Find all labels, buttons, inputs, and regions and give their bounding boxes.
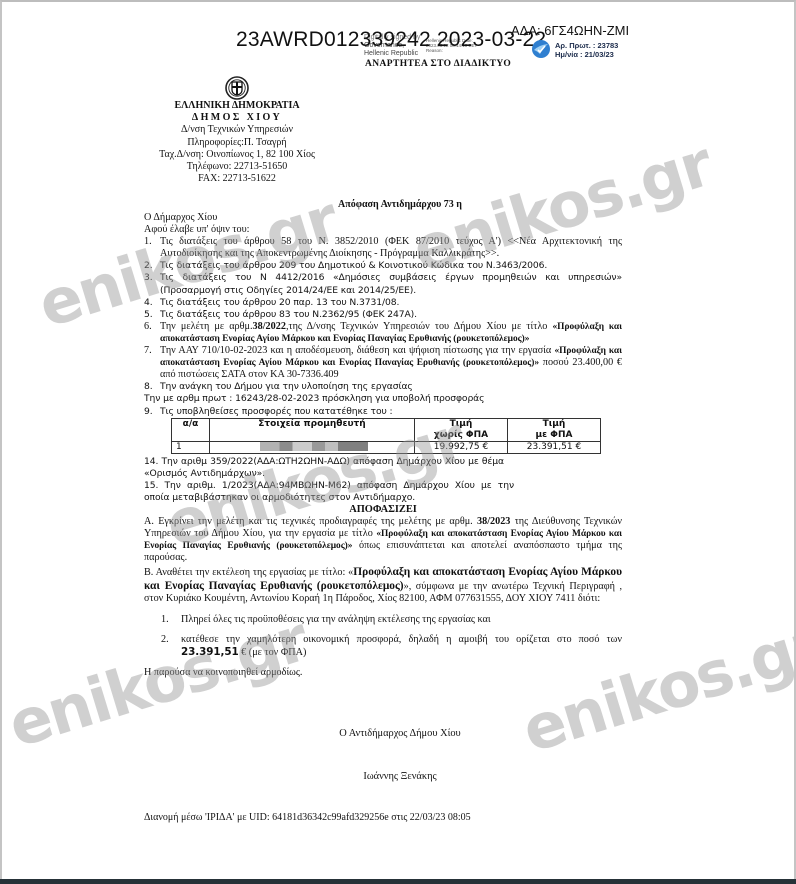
signer-name: Ιωάννης Ξενάκης [2, 771, 796, 782]
item-number: 5. [144, 309, 153, 321]
protocol-info: Αρ. Πρωτ. : 23783 Ημ/νία : 21/03/23 [555, 41, 618, 59]
item-text: κατέθεσε την χαμηλότερη οικονομική προσφ… [181, 634, 622, 645]
item-number: 1. [161, 614, 169, 626]
intro-line: Αφού έλαβε υπ' όψιν του: [144, 224, 622, 236]
postal-address: Ταχ.Δ/νση: Οινοπίωνος 1, 82 100 Χίος [152, 149, 322, 161]
diavgeia-code: 23AWRD012339242 2023-03-22 [236, 28, 546, 52]
consideration-item: 6.Την μελέτη με αρθμ.38/2022,της Δ/νσης … [144, 321, 622, 345]
letterhead: ΕΛΛΗΝΙΚΗ ΔΗΜΟΚΡΑΤΙΑ ΔΗΜΟΣ ΧΙΟΥ Δ/νση Τεχ… [172, 100, 302, 185]
item-text: Τις διατάξεις του άρθρου 20 παρ. 13 του … [160, 297, 399, 308]
consideration-item: 5. Τις διατάξεις του άρθρου 83 του Ν.236… [144, 309, 622, 321]
reason-item: 1.Πληρεί όλες τις προϋποθέσεις για την α… [144, 614, 622, 626]
document-page: Digitally signed by Governance, Hellenic… [0, 0, 796, 879]
consideration-item: 9.Τις υποβληθείσες προσφορές που κατατέθ… [144, 406, 622, 418]
protocol-logo-icon [531, 39, 551, 59]
column-header: α/α [172, 418, 210, 441]
row-number: 1 [172, 441, 210, 453]
document-title: Απόφαση Αντιδημάρχου 73 η [2, 199, 796, 210]
invitation-line: Την με αρθμ πρωτ : 16243/28-02-2023 πρόσ… [144, 393, 622, 405]
item-number: 4. [144, 297, 153, 309]
consideration-item: 2.Τις διατάξεις του άρθρου 209 του Δημοτ… [144, 260, 622, 272]
distribution-line: Διανομή μέσω 'ΙΡΙΔΑ' με UID: 64181d36342… [144, 812, 471, 823]
item-number: 9. [144, 406, 153, 418]
consideration-item: 3.Τις διατάξεις του Ν 4412/2016 «Δημόσιε… [144, 272, 622, 296]
consideration-item: 1.Τις διατάξεις του άρθρου 58 του Ν. 385… [144, 236, 622, 260]
consideration-item: 7.Την ΑΑΥ 710/10-02-2023 και η αποδέσμευ… [144, 345, 622, 381]
item-number: 2. [144, 260, 153, 272]
item-text: Τις διατάξεις του άρθρου 209 του Δημοτικ… [160, 260, 547, 271]
item-text: ,της Δ/νσης Τεχνικών Υπηρεσιών του Δήμου… [286, 321, 553, 332]
item-text: Τις υποβληθείσες προσφορές που κατατέθηκ… [160, 406, 393, 417]
section-b: Β. Αναθέτει την εκτέλεση της εργασίας με… [144, 566, 622, 604]
posting-note: ΑΝΑΡΤΗΤΕΑ ΣΤΟ ΔΙΑΔΙΚΤΥΟ [365, 59, 511, 69]
item-text: Την μελέτη με αρθμ. [160, 321, 253, 332]
reason-item: 2.κατέθεσε την χαμηλότερη οικονομική προ… [144, 634, 622, 659]
column-header: Τιμή χωρίς ΦΠΑ [415, 418, 508, 441]
item-number: 3. [144, 272, 153, 284]
amount: 23.391,51 [181, 646, 239, 658]
intro-line: Ο Δήμαρχος Χίου [144, 212, 622, 224]
item-text: € (με τον ΦΠΑ) [239, 647, 307, 658]
item-number: 8. [144, 381, 153, 393]
section-a: Α. Εγκρίνει την μελέτη και τις τεχνικές … [144, 516, 622, 564]
consideration-item: 15. Την αριθμ. 1/2023(ΑΔΑ:94ΜΒΩΗΝ-Μ62) α… [144, 480, 514, 504]
consideration-item: 14. Την αριθμ 359/2022(ΑΔΑ:ΩΤΗ2ΩΗΝ-ΑΔΩ) … [144, 456, 504, 480]
item-text: Την ανάγκη του Δήμου για την υλοποίηση τ… [160, 381, 413, 392]
phone: Τηλέφωνο: 22713-51650 [172, 161, 302, 173]
table-row: 1 19.992,75 € 23.391,51 € [172, 441, 601, 453]
column-header: Τιμή με ΦΠΑ [508, 418, 601, 441]
column-header: Στοιχεία προμηθευτή [210, 418, 415, 441]
notify-line: Η παρούσα να κοινοποιηθεί αρμοδίως. [144, 667, 622, 679]
municipality-name: ΔΗΜΟΣ ΧΙΟΥ [172, 112, 302, 124]
fax: FAX: 22713-51622 [172, 173, 302, 185]
study-number: 38/2023 [477, 516, 510, 527]
item-number: 7. [144, 345, 152, 357]
department: Δ/νση Τεχνικών Υπηρεσιών [172, 124, 302, 136]
item-number: 6. [144, 321, 152, 333]
consideration-item: 4. Τις διατάξεις του άρθρου 20 παρ. 13 τ… [144, 297, 622, 309]
decides-heading: ΑΠΟΦΑΣΙΖΕΙ [144, 504, 622, 516]
consideration-item: 8.Την ανάγκη του Δήμου για την υλοποίηση… [144, 381, 622, 393]
info-contact: Πληροφορίες:Π. Τσαγρή [172, 137, 302, 149]
item-number: 2. [161, 634, 169, 646]
study-number: 38/2022 [253, 321, 286, 332]
table-header-row: α/α Στοιχεία προμηθευτή Τιμή χωρίς ΦΠΑ Τ… [172, 418, 601, 441]
section-text: Β. Αναθέτει την εκτέλεση της εργασίας με… [144, 567, 353, 578]
offers-table: α/α Στοιχεία προμηθευτή Τιμή χωρίς ΦΠΑ Τ… [171, 418, 601, 454]
document-body: Ο Δήμαρχος Χίου Αφού έλαβε υπ' όψιν του:… [144, 212, 622, 679]
greek-emblem-icon [225, 76, 249, 100]
item-text: Τις διατάξεις του άρθρου 58 του Ν. 3852/… [160, 236, 622, 259]
bottom-bar [0, 879, 796, 884]
item-text: Πληρεί όλες τις προϋποθέσεις για την ανά… [181, 614, 491, 625]
protocol-number: Αρ. Πρωτ. : 23783 [555, 41, 618, 50]
net-price: 19.992,75 € [415, 441, 508, 453]
ada-code: ΑΔΑ: 6ΓΣ4ΩΗΝ-ΖΜΙ [511, 23, 629, 38]
protocol-date: Ημ/νία : 21/03/23 [555, 50, 618, 59]
redacted-supplier [260, 442, 368, 451]
item-number: 1. [144, 236, 152, 248]
section-text: Α. Εγκρίνει την μελέτη και τις τεχνικές … [144, 516, 477, 527]
gross-price: 23.391,51 € [508, 441, 601, 453]
signer-title: Ο Αντιδήμαρχος Δήμου Χίου [2, 728, 796, 739]
item-text: Τις διατάξεις του Ν 4412/2016 «Δημόσιες … [160, 272, 622, 295]
item-text: Την ΑΑΥ 710/10-02-2023 και η αποδέσμευση… [160, 345, 554, 356]
item-text: Τις διατάξεις του άρθρου 83 του Ν.2362/9… [160, 309, 417, 320]
supplier-cell [210, 441, 415, 453]
country-name: ΕΛΛΗΝΙΚΗ ΔΗΜΟΚΡΑΤΙΑ [172, 100, 302, 112]
